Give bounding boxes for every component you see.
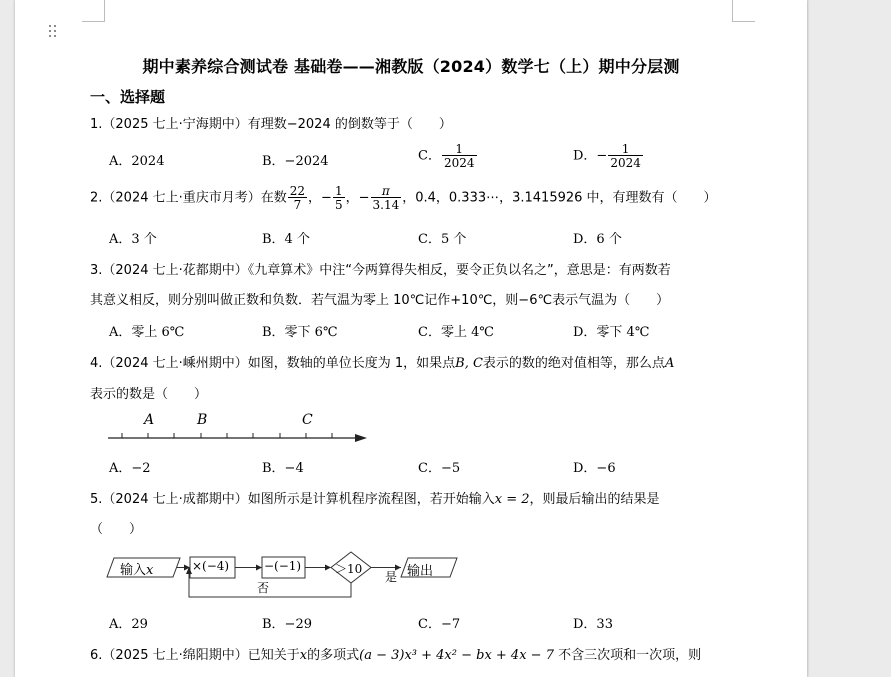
axis-label-c: C: [302, 412, 313, 428]
question-1-option-a[interactable]: A．2024: [109, 150, 164, 169]
question-2-option-b[interactable]: B．4 个: [262, 228, 310, 247]
question-3-option-a[interactable]: A．零上 6℃: [109, 321, 184, 340]
question-5-option-c[interactable]: C．−7: [418, 613, 460, 632]
margin-corner-top-left: [82, 0, 105, 22]
question-4-option-a[interactable]: A．−2: [109, 457, 151, 476]
question-5-line-2: （ ）: [90, 518, 142, 537]
section-heading: 一、选择题: [90, 86, 165, 107]
fraction: 12024: [608, 143, 643, 169]
question-1-option-d[interactable]: D．−12024: [573, 143, 644, 169]
fraction: 227: [288, 185, 307, 211]
question-3-option-b[interactable]: B．零下 6℃: [262, 321, 338, 340]
axis-label-b: B: [197, 412, 207, 428]
question-5-option-d[interactable]: D．33: [573, 613, 613, 632]
question-3-option-c[interactable]: C．零上 4℃: [418, 321, 494, 340]
question-1-option-c[interactable]: C．12024: [418, 143, 478, 169]
question-3-line-1: 3.（2024 七上·花都期中）《九章算术》中注“今两算得失相反，要令正负以名之…: [90, 259, 671, 278]
fraction: π3.14: [371, 185, 402, 211]
question-4-option-b[interactable]: B．−4: [262, 457, 304, 476]
question-1-stem: 1.（2025 七上·宁海期中）有理数−2024 的倒数等于（ ）: [90, 113, 452, 132]
question-2-option-d[interactable]: D．6 个: [573, 228, 622, 247]
question-2-stem: 2.（2024 七上·重庆市月考）在数227，−15，−π3.14，0.4，0.…: [90, 185, 717, 211]
question-3-line-2: 其意义相反，则分别叫做正数和负数．若气温为零上 10℃记作+10℃，则−6℃表示…: [90, 289, 669, 308]
question-6-line-1: 6.（2025 七上·绵阳期中）已知关于x的多项式(a − 3)x³ + 4x²…: [90, 644, 701, 663]
question-5-line-1: 5.（2024 七上·成都期中）如图所示是计算机程序流程图，若开始输入x = 2…: [90, 488, 660, 507]
question-5-option-a[interactable]: A．29: [109, 613, 148, 632]
flow-no-label: 否: [257, 579, 269, 596]
question-4-option-c[interactable]: C．−5: [418, 457, 460, 476]
document-title: 期中素养综合测试卷 基础卷——湘教版（2024）数学七（上）期中分层测: [15, 54, 807, 77]
fraction: 15: [333, 185, 345, 211]
question-4-option-d[interactable]: D．−6: [573, 457, 616, 476]
flow-yes-label: 是: [385, 568, 397, 585]
axis-label-a: A: [144, 412, 154, 428]
flow-condition-node: ＞10: [335, 560, 362, 577]
flow-input-node: 输入x: [120, 559, 153, 578]
margin-corner-top-right: [732, 0, 755, 22]
flow-multiply-node: ×(−4): [192, 559, 229, 573]
question-4-line-1: 4.（2024 七上·嵊州期中）如图，数轴的单位长度为 1，如果点B, C表示的…: [90, 352, 674, 371]
flow-subtract-node: −(−1): [264, 559, 301, 573]
flow-output-node: 输出: [407, 560, 433, 579]
drag-handle-icon[interactable]: [49, 25, 59, 39]
question-5-option-b[interactable]: B．−29: [262, 613, 312, 632]
question-3-option-d[interactable]: D．零下 4℃: [573, 321, 649, 340]
document-page: 期中素养综合测试卷 基础卷——湘教版（2024）数学七（上）期中分层测 一、选择…: [15, 0, 807, 677]
question-2-option-c[interactable]: C．5 个: [418, 228, 466, 247]
question-1-option-b[interactable]: B．−2024: [262, 150, 329, 169]
fraction: 12024: [442, 143, 477, 169]
question-2-option-a[interactable]: A．3 个: [109, 228, 157, 247]
question-4-line-2: 表示的数是（ ）: [90, 383, 207, 402]
